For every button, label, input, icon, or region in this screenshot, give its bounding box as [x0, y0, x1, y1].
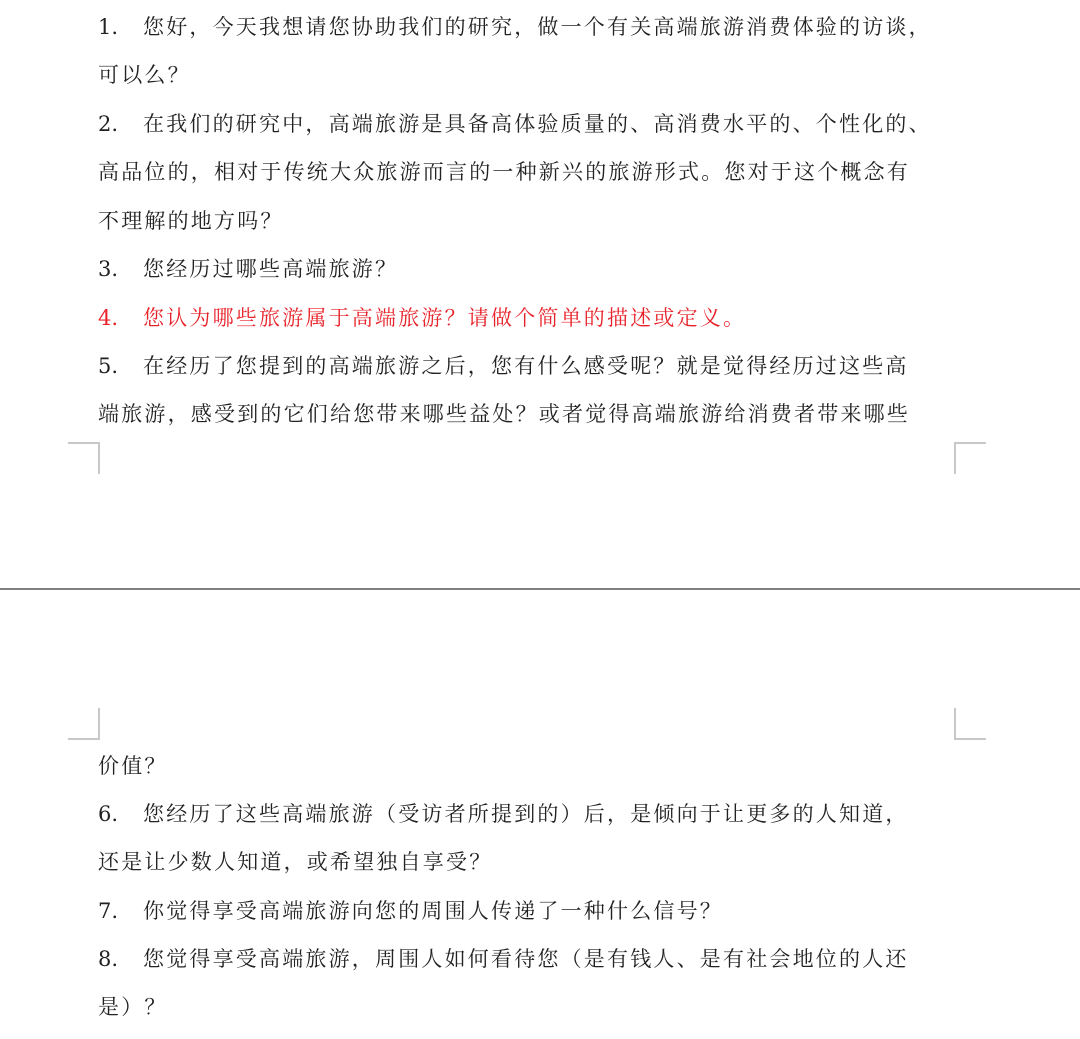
question-number: 7.	[98, 896, 143, 926]
question-number: 3.	[98, 254, 143, 284]
question-text: 价值？	[98, 754, 168, 778]
question-1-line-1: 1.您好，今天我想请您协助我们的研究，做一个有关高端旅游消费体验的访谈，	[98, 12, 958, 42]
question-text: 高品位的，相对于传统大众旅游而言的一种新兴的旅游形式。您对于这个概念有	[98, 160, 910, 184]
question-2-line-1: 2.在我们的研究中，高端旅游是具备高体验质量的、高消费水平的、个性化的、	[98, 109, 958, 139]
question-text: 可以么？	[98, 63, 191, 87]
margin-mark-bottom-left	[68, 442, 100, 474]
question-number: 8.	[98, 944, 143, 974]
question-5-line-1: 5.在经历了您提到的高端旅游之后，您有什么感受呢？就是觉得经历过这些高	[98, 351, 958, 381]
question-text: 您好，今天我想请您协助我们的研究，做一个有关高端旅游消费体验的访谈，	[143, 15, 932, 39]
question-4-highlighted: 4.您认为哪些旅游属于高端旅游？请做个简单的描述或定义。	[98, 303, 958, 333]
question-number: 4.	[98, 303, 143, 333]
question-number: 5.	[98, 351, 143, 381]
margin-mark-top-left	[68, 708, 100, 740]
margin-mark-bottom-right	[954, 442, 986, 474]
question-6-line-1: 6.您经历了这些高端旅游（受访者所提到的）后，是倾向于让更多的人知道，	[98, 799, 958, 829]
question-text: 端旅游，感受到的它们给您带来哪些益处？或者觉得高端旅游给消费者带来哪些	[98, 402, 910, 426]
question-text: 您经历了这些高端旅游（受访者所提到的）后，是倾向于让更多的人知道，	[143, 802, 909, 826]
question-text: 您觉得享受高端旅游，周围人如何看待您（是有钱人、是有社会地位的人还	[143, 947, 909, 971]
question-number: 2.	[98, 109, 143, 139]
margin-mark-top-right	[954, 708, 986, 740]
question-text: 你觉得享受高端旅游向您的周围人传递了一种什么信号？	[143, 899, 723, 923]
question-text: 还是让少数人知道，或希望独自享受？	[98, 850, 492, 874]
question-7: 7.你觉得享受高端旅游向您的周围人传递了一种什么信号？	[98, 896, 958, 926]
question-number: 1.	[98, 12, 143, 42]
question-text: 您认为哪些旅游属于高端旅游？请做个简单的描述或定义。	[143, 306, 746, 330]
question-text: 在经历了您提到的高端旅游之后，您有什么感受呢？就是觉得经历过这些高	[143, 354, 909, 378]
question-5-line-3: 价值？	[98, 751, 958, 781]
question-5-line-2: 端旅游，感受到的它们给您带来哪些益处？或者觉得高端旅游给消费者带来哪些	[98, 399, 958, 429]
question-1-line-2: 可以么？	[98, 60, 958, 90]
question-text: 是）？	[98, 995, 168, 1019]
question-text: 在我们的研究中，高端旅游是具备高体验质量的、高消费水平的、个性化的、	[143, 112, 932, 136]
question-8-line-1: 8.您觉得享受高端旅游，周围人如何看待您（是有钱人、是有社会地位的人还	[98, 944, 958, 974]
question-text: 您经历过哪些高端旅游？	[143, 257, 398, 281]
question-6-line-2: 还是让少数人知道，或希望独自享受？	[98, 847, 958, 877]
question-8-line-2: 是）？	[98, 992, 958, 1022]
question-number: 6.	[98, 799, 143, 829]
question-text: 不理解的地方吗？	[98, 209, 284, 233]
question-2-line-2: 高品位的，相对于传统大众旅游而言的一种新兴的旅游形式。您对于这个概念有	[98, 157, 958, 187]
question-2-line-3: 不理解的地方吗？	[98, 206, 958, 236]
question-3: 3.您经历过哪些高端旅游？	[98, 254, 958, 284]
page-separator	[0, 588, 1080, 590]
